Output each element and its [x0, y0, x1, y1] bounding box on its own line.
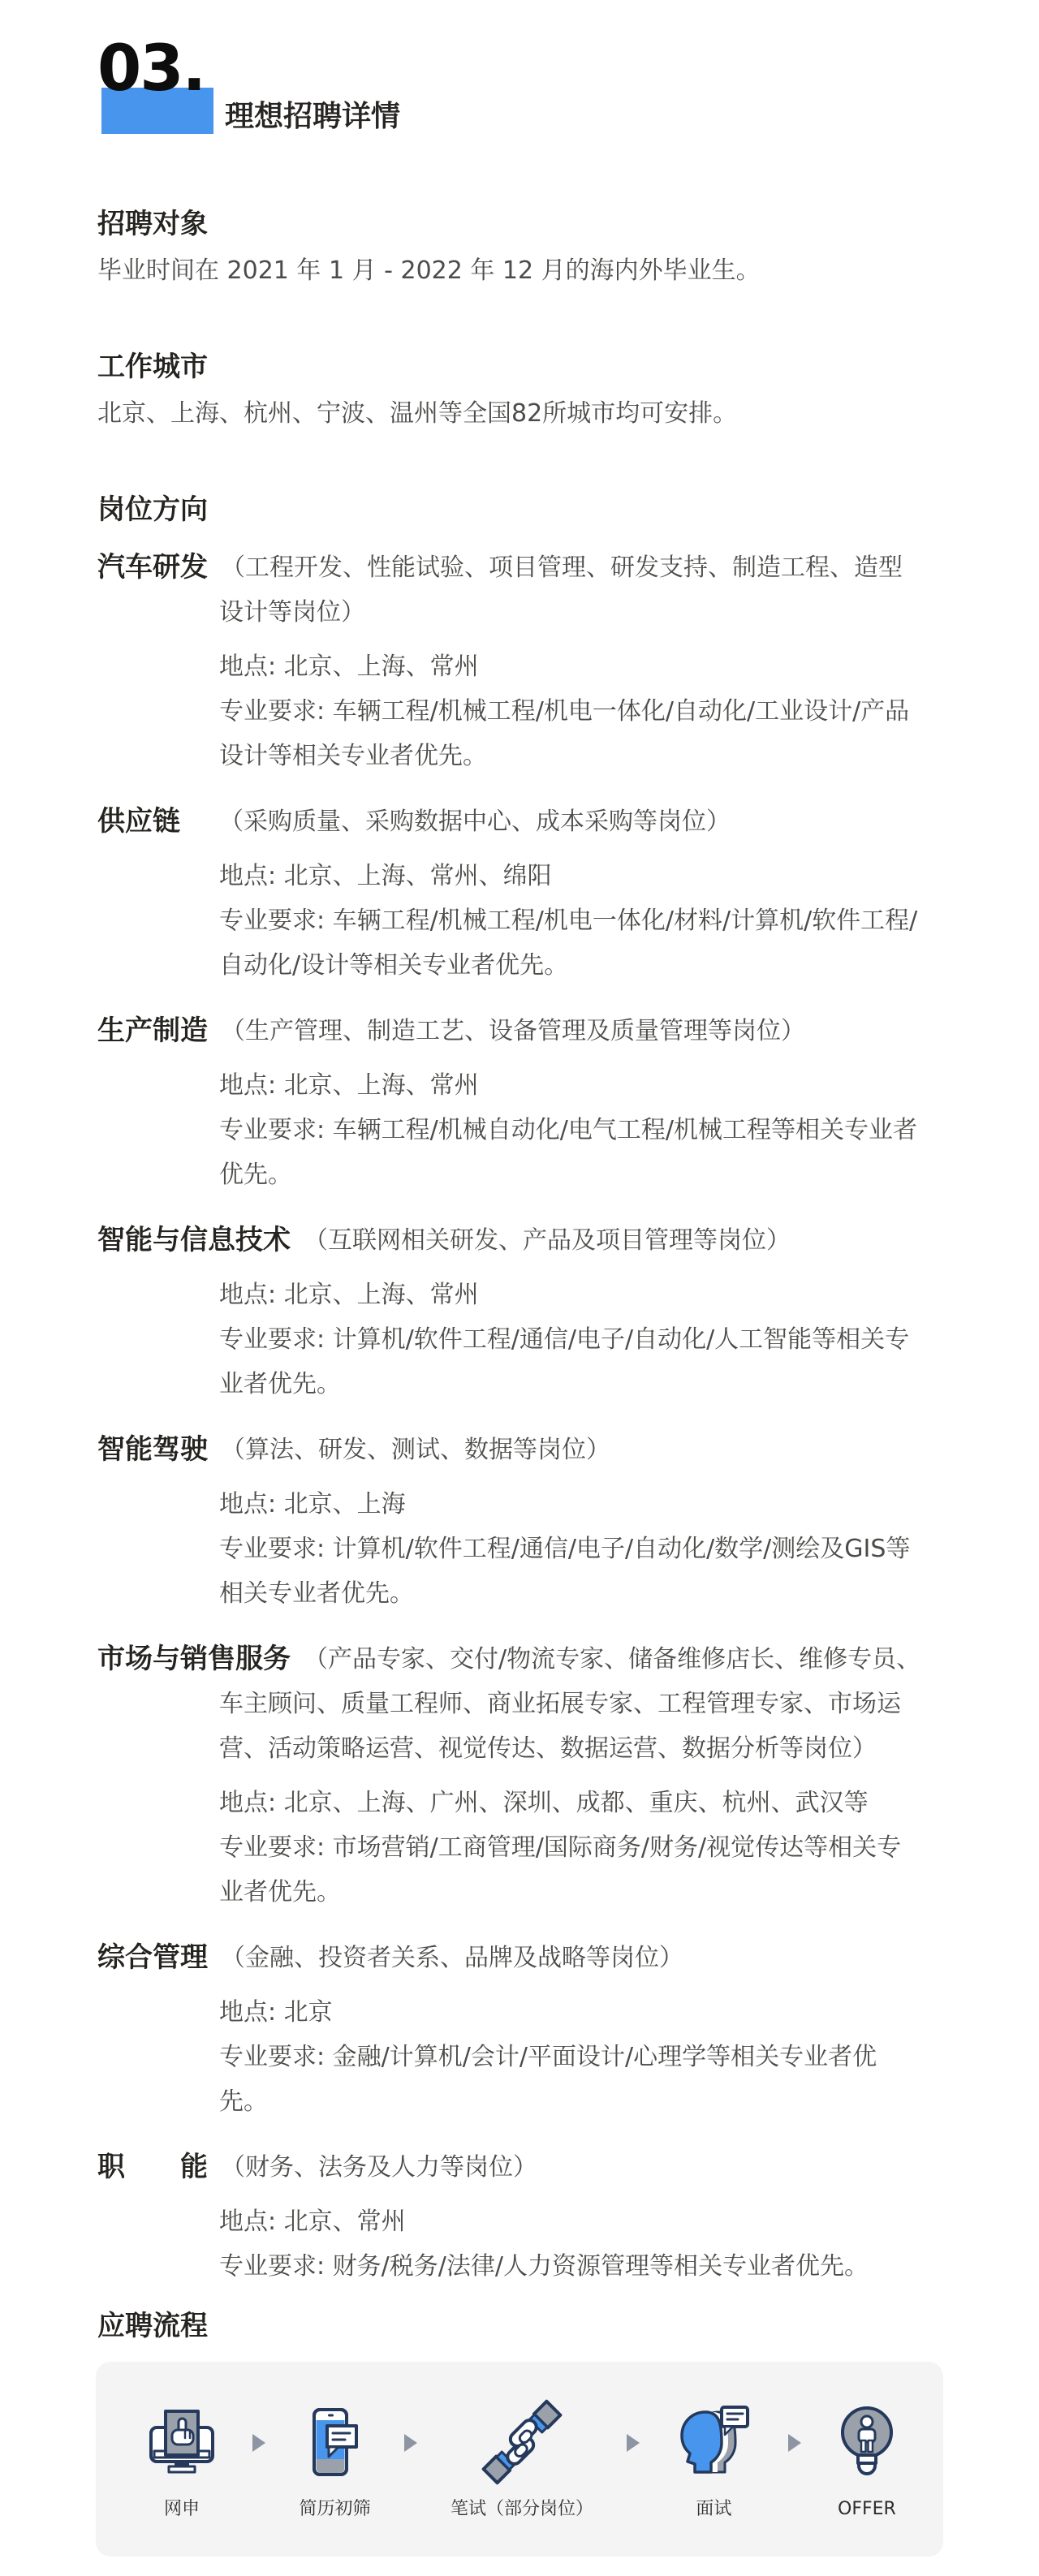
category-label: 综合管理 [97, 1936, 208, 1980]
heading-positions: 岗位方向 [97, 493, 925, 526]
category-location: 地点: 北京、上海、常州 [219, 1273, 925, 1317]
category-description: （生产管理、制造工艺、设备管理及质量管理等岗位） [219, 1009, 925, 1053]
category-location: 地点: 北京、上海、常州 [219, 644, 925, 689]
recruit-target-body: 毕业时间在 2021 年 1 月 - 2022 年 12 月的海内外毕业生。 [97, 253, 925, 289]
step-label: OFFER [838, 2499, 896, 2520]
step-label: 简历初筛 [299, 2499, 370, 2520]
category-major: 专业要求: 财务/税务/法律/人力资源管理等相关专业者优先。 [219, 2244, 925, 2289]
category-market-sales: 市场与销售服务 （产品专家、交付/物流专家、储备维修店长、维修专员、车主顾问、质… [97, 1637, 925, 1915]
heading-recruit-target: 招聘对象 [97, 208, 925, 240]
category-label: 汽车研发 [97, 545, 208, 590]
category-label: 供应链 [97, 799, 180, 844]
category-location: 地点: 北京 [219, 1990, 925, 2035]
category-general-management: 综合管理 （金融、投资者关系、品牌及战略等岗位） 地点: 北京 专业要求: 金融… [97, 1936, 925, 2124]
category-manufacturing: 生产制造 （生产管理、制造工艺、设备管理及质量管理等岗位） 地点: 北京、上海、… [97, 1009, 925, 1197]
category-description: （产品专家、交付/物流专家、储备维修店长、维修专员、车主顾问、质量工程师、商业拓… [219, 1637, 925, 1771]
category-major: 专业要求: 车辆工程/机械工程/机电一体化/自动化/工业设计/产品设计等相关专业… [219, 689, 925, 778]
category-location: 地点: 北京、常州 [219, 2199, 925, 2244]
process-card: 网申 简历初筛 [96, 2362, 943, 2557]
category-description: （金融、投资者关系、品牌及战略等岗位） [219, 1936, 925, 1980]
handshake-icon [477, 2403, 567, 2481]
bulb-person-icon [834, 2403, 899, 2481]
category-functions: 职 能 （财务、法务及人力等岗位） 地点: 北京、常州 专业要求: 财务/税务/… [97, 2145, 925, 2289]
section-number: 03. [97, 37, 205, 101]
category-description: （采购质量、采购数据中心、成本采购等岗位） [219, 799, 925, 844]
category-location: 地点: 北京、上海、常州 [219, 1063, 925, 1108]
category-label: 智能驾驶 [97, 1428, 208, 1472]
category-list: 汽车研发 （工程开发、性能试验、项目管理、研发支持、制造工程、造型设计等岗位） … [97, 545, 925, 2289]
category-supply-chain: 供应链 （采购质量、采购数据中心、成本采购等岗位） 地点: 北京、上海、常州、绵… [97, 799, 925, 988]
category-description: （财务、法务及人力等岗位） [219, 2145, 925, 2190]
monitor-click-icon [144, 2403, 219, 2481]
category-description: （互联网相关研发、产品及项目管理等岗位） [219, 1218, 925, 1263]
category-label: 生产制造 [97, 1009, 208, 1053]
category-major: 专业要求: 计算机/软件工程/通信/电子/自动化/数学/测绘及GIS等相关专业者… [219, 1527, 925, 1616]
page-content: 03. 理想招聘详情 招聘对象 毕业时间在 2021 年 1 月 - 2022 … [0, 0, 1039, 2557]
category-label: 智能与信息技术 [97, 1218, 291, 1263]
heading-work-cities: 工作城市 [97, 351, 925, 383]
category-auto-rd: 汽车研发 （工程开发、性能试验、项目管理、研发支持、制造工程、造型设计等岗位） … [97, 545, 925, 778]
arrow-right-icon [252, 2434, 265, 2452]
heading-process: 应聘流程 [97, 2310, 925, 2342]
category-location: 地点: 北京、上海、广州、深圳、成都、重庆、杭州、武汉等 [219, 1781, 925, 1825]
process-step-resume-screen: 简历初筛 [299, 2403, 370, 2520]
category-description: （工程开发、性能试验、项目管理、研发支持、制造工程、造型设计等岗位） [219, 545, 925, 635]
category-major: 专业要求: 市场营销/工商管理/国际商务/财务/视觉传达等相关专业者优先。 [219, 1825, 925, 1915]
process-step-written-test: 笔试（部分岗位） [451, 2403, 593, 2520]
category-location: 地点: 北京、上海、常州、绵阳 [219, 854, 925, 898]
arrow-right-icon [788, 2434, 801, 2452]
step-label: 网申 [164, 2499, 200, 2520]
category-intelligence-it: 智能与信息技术 （互联网相关研发、产品及项目管理等岗位） 地点: 北京、上海、常… [97, 1218, 925, 1406]
arrow-right-icon [404, 2434, 417, 2452]
category-major: 专业要求: 车辆工程/机械工程/机电一体化/材料/计算机/软件工程/自动化/设计… [219, 898, 925, 988]
category-location: 地点: 北京、上海 [219, 1482, 925, 1527]
category-major: 专业要求: 计算机/软件工程/通信/电子/自动化/人工智能等相关专业者优先。 [219, 1317, 925, 1406]
arrow-right-icon [627, 2434, 640, 2452]
step-label: 笔试（部分岗位） [451, 2499, 593, 2520]
process-step-interview: 面试 [673, 2403, 754, 2520]
step-label: 面试 [696, 2499, 731, 2520]
hero: 03. 理想招聘详情 [97, 0, 925, 138]
page-title: 理想招聘详情 [225, 101, 400, 133]
work-cities-body: 北京、上海、杭州、宁波、温州等全国82所城市均可安排。 [97, 396, 925, 432]
process-step-online-apply: 网申 [144, 2403, 219, 2520]
category-autonomous-driving: 智能驾驶 （算法、研发、测试、数据等岗位） 地点: 北京、上海 专业要求: 计算… [97, 1428, 925, 1616]
category-label: 市场与销售服务 [97, 1637, 291, 1682]
category-major: 专业要求: 车辆工程/机械自动化/电气工程/机械工程等相关专业者优先。 [219, 1108, 925, 1197]
head-speech-icon [673, 2403, 754, 2481]
category-description: （算法、研发、测试、数据等岗位） [219, 1428, 925, 1472]
process-step-offer: OFFER [834, 2403, 899, 2520]
phone-chat-icon [303, 2403, 366, 2481]
category-label: 职 能 [97, 2145, 208, 2190]
process-steps: 网申 简历初筛 [96, 2362, 943, 2557]
category-major: 专业要求: 金融/计算机/会计/平面设计/心理学等相关专业者优先。 [219, 2035, 925, 2124]
